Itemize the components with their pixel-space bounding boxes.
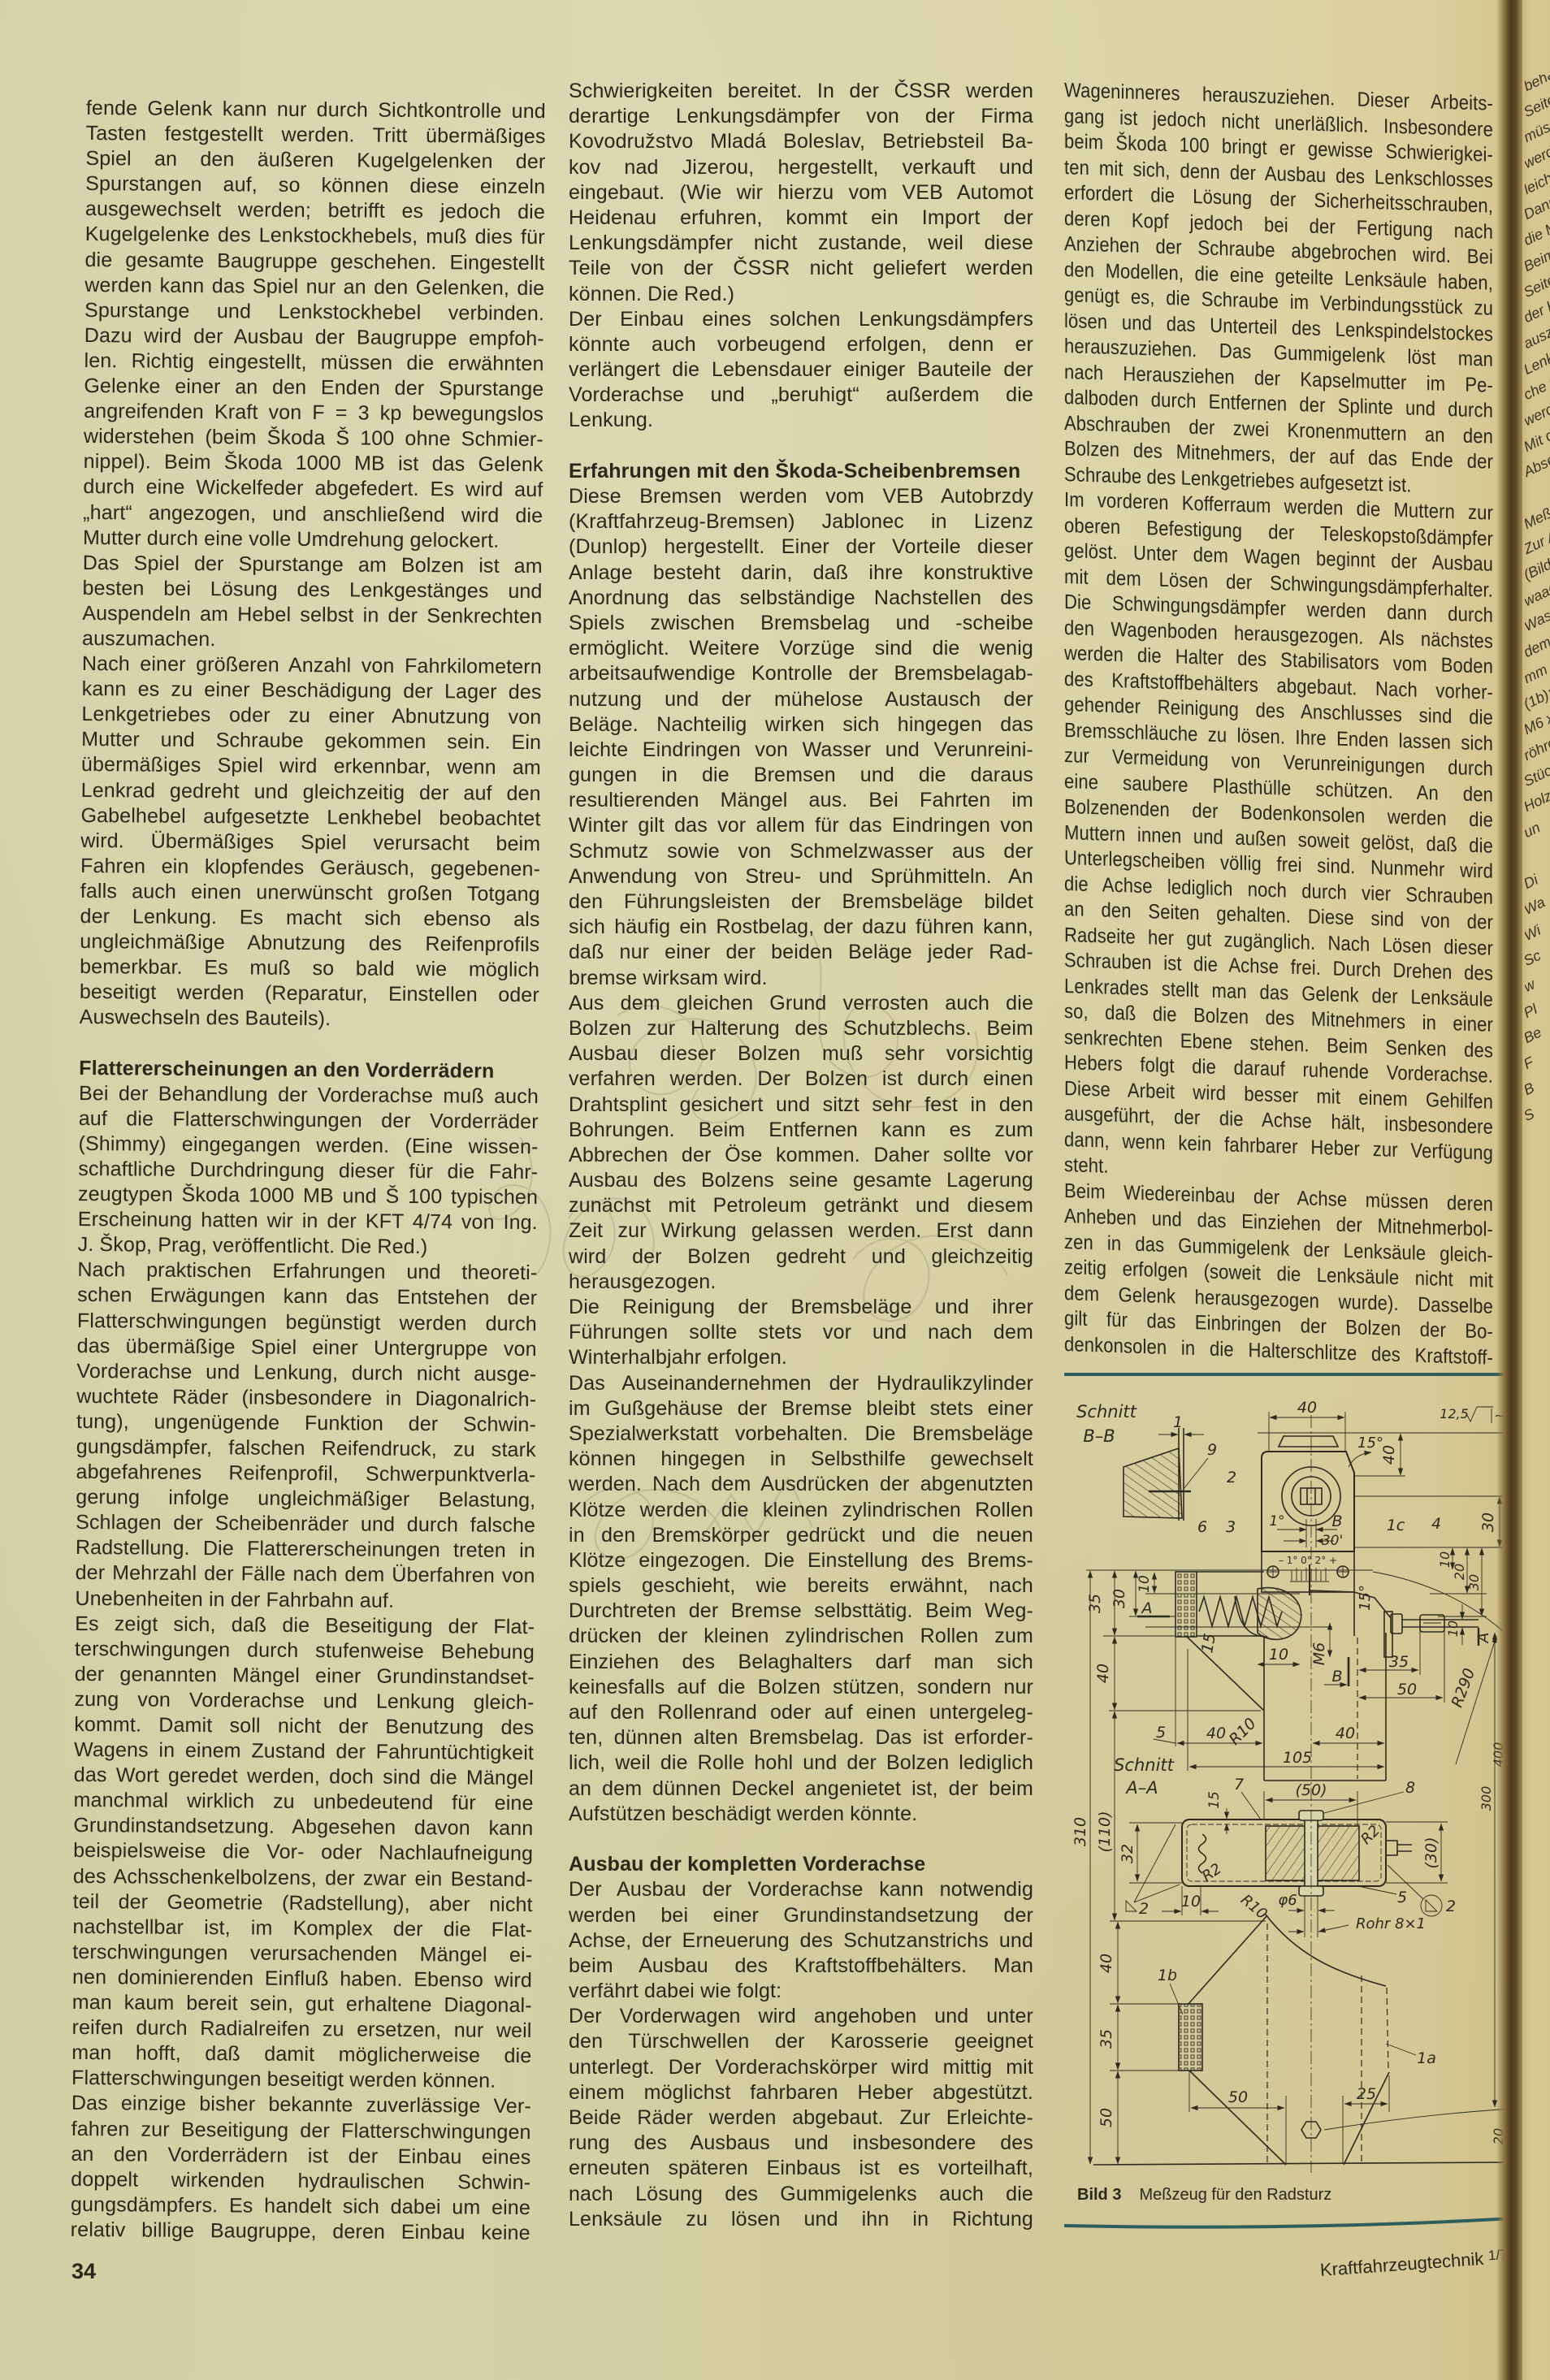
text-line: Bolzen zur Halterung des Schutzblechs. B… — [569, 1016, 1033, 1041]
text-line: sich häufig ein Rostbelag, der dazu führ… — [569, 915, 1033, 940]
figure-label: 35 — [1389, 1653, 1409, 1671]
article-column-left: fende Gelenk kann nur durch Sichtkontrol… — [71, 96, 546, 2246]
paragraph: Der Ausbau der Vorderachse kann notwendi… — [569, 1877, 1033, 2004]
text-line: an den Vorderrädern ist der Einbau eines — [71, 2142, 530, 2170]
figure-label: A–A — [1124, 1778, 1158, 1798]
text-line: „hart“ angezogen, und anschließend wird … — [83, 500, 543, 528]
text-line: Führungen sollte stets vor und nach dem — [569, 1320, 1033, 1345]
text-line: Dazu wird der Ausbau der Baugruppe empfo… — [84, 323, 544, 352]
text-line: ten, dünnen alten Bremsbelag. Das ist er… — [569, 1725, 1033, 1750]
text-line: bremse wirksam wird. — [569, 966, 1033, 991]
figure-label: (110) — [1096, 1811, 1114, 1852]
paragraph: Nach praktischen Erfahrungen und theoret… — [75, 1257, 537, 1614]
text-line: an dem dünnen Deckel angenietet ist, der… — [569, 1776, 1033, 1802]
figure-label: 9 — [1207, 1441, 1217, 1459]
text-line: falls auch einen unerwünscht großen Totg… — [80, 879, 540, 907]
text-line: tung), ungenügende Funktion der Schwin- — [76, 1409, 536, 1438]
figure-label: Schnitt — [1114, 1755, 1175, 1775]
figure-label: 5 — [1156, 1724, 1166, 1742]
text-line: Fahren ein klopfendes Geräusch, gegebene… — [80, 854, 540, 882]
text-line: gerung infolge ungleichmäßiger Belastung… — [76, 1485, 535, 1513]
figure-label: 30 — [1466, 1574, 1482, 1590]
figure-bottom-rule — [1064, 2218, 1513, 2227]
figure-label: 30 — [1479, 1512, 1497, 1532]
text-line: Der Einbau eines solchen Lenkungsdämpfer… — [569, 307, 1033, 332]
text-line: das Wort geredet werden, doch sind die M… — [74, 1763, 534, 1791]
text-line: daß nur einer der beiden Beläge jeder Ra… — [569, 940, 1033, 965]
text-line: Anwendung von Streu- und Sprühmitteln. A… — [569, 864, 1033, 889]
text-line: des Achsschenkelbolzens, der zwar ein Be… — [73, 1864, 533, 1893]
figure-label: 3 — [1226, 1518, 1236, 1536]
text-line: Unebenheiten in der Fahrbahn auf. — [75, 1586, 535, 1614]
text-line: Flatterschwingungen beseitigt werden kön… — [71, 2066, 531, 2094]
figure-scale-text: – 1° 0° 2° + — [1279, 1555, 1337, 1566]
text-line: nach Lösung des Gummigelenks auch die — [569, 2182, 1033, 2207]
figure-label: 5 — [1397, 1889, 1407, 1906]
text-line: gungen in die Bremsen und die daraus — [569, 763, 1033, 788]
text-line: angreifenden Kraft von F = 3 kp bewegung… — [84, 399, 543, 427]
figure-label: 8 — [1405, 1779, 1415, 1797]
text-line: den Türschwellen der Karosserie geeignet — [569, 2029, 1033, 2054]
left-dimensions — [1090, 1571, 1175, 2164]
text-line: erneuten späteren Einbaus ist es vorteil… — [569, 2156, 1033, 2181]
figure-label: 1° — [1269, 1513, 1284, 1530]
paragraph: Nach einer größeren Anzahl von Fahrkilom… — [80, 651, 542, 1034]
figure-label: A — [1141, 1599, 1153, 1617]
text-line: Lenkung. — [569, 408, 1033, 433]
text-line: relativ billige Baugruppe, deren Einbau … — [71, 2218, 530, 2246]
text-line: beim Ausbau des Kraftstoffbehälters. Man — [569, 1954, 1033, 1979]
figure-label: 10 — [1137, 1575, 1153, 1593]
figure-label: 15 — [1198, 1632, 1219, 1655]
text-line: Winterhalbjahr erfolgen. — [569, 1345, 1033, 1370]
text-line: Aus dem gleichen Grund verrosten auch di… — [569, 991, 1033, 1016]
figure-label: 20 — [1452, 1564, 1467, 1580]
text-line: widerstehen (beim Škoda Š 100 ohne Schmi… — [84, 424, 543, 452]
text-line: Wagens in einem Zustand der Fahruntüchti… — [74, 1737, 534, 1766]
paragraph: Wageninneres herauszuziehen. Dieser Arbe… — [1064, 78, 1493, 501]
text-line: Teile von der ČSSR nicht geliefert werde… — [569, 256, 1033, 281]
text-line: man hofft, daß damit möglicherweise die — [71, 2040, 531, 2069]
text-line: Vorderachse und Lenkung, durch nicht aus… — [76, 1359, 536, 1387]
text-line: einem möglichst fahrbaren Heber abgestüt… — [569, 2080, 1033, 2105]
text-line: Diese Bremsen werden vom VEB Autobrzdy — [569, 484, 1033, 509]
text-line: Schlagen der Scheibenräder und durch fal… — [76, 1510, 535, 1538]
text-line: Flatterschwingungen begünstigt werden du… — [77, 1308, 537, 1336]
text-line: im Gußgehäuse der Bremse bleibt stets ei… — [569, 1396, 1033, 1422]
page-number: 34 — [71, 2259, 96, 2284]
text-line: manchmal wirklich zu unbedeutend für ein… — [74, 1788, 534, 1816]
text-line: gungsdämpfer, falschen Reifendruck, zu s… — [76, 1434, 536, 1463]
text-line: herausgezogen. — [569, 1270, 1033, 1295]
text-line: Gelenke einer an den Enden der Spurstang… — [84, 374, 543, 402]
text-line: fende Gelenk kann nur durch Sichtkontrol… — [86, 96, 546, 124]
text-line: abgefahrenes Reifenprofil, Schwerpunktve… — [76, 1460, 535, 1488]
text-line: derartige Lenkungsdämpfer von der Firma — [569, 104, 1033, 129]
text-line: (Shimmy) eingegangen werden. (Eine wisse… — [78, 1132, 538, 1160]
figure-label: (30) — [1422, 1837, 1440, 1868]
text-line: Drahtsplint gesichert und sitzt sehr fes… — [569, 1093, 1033, 1118]
article-column-middle: Schwierigkeiten bereitet. In der ČSSR we… — [569, 79, 1033, 2232]
paragraph: Diese Bremsen werden vom VEB Autobrzdy(K… — [569, 484, 1033, 991]
figure-label: 50 — [1397, 1681, 1417, 1698]
figure-label: 4 — [1431, 1515, 1441, 1533]
text-line: kommt. Damit soll nicht der Benutzung de… — [74, 1712, 534, 1741]
text-line: Tasten festgestellt werden. Tritt übermä… — [86, 121, 546, 149]
text-line: unterlegt. Der Vorderachskörper wird mit… — [569, 2055, 1033, 2080]
text-line: wird. Übermäßiges Spiel verursacht beim — [80, 829, 540, 857]
figure-measuring-tool-drawing: Schnitt B–B 1 9 40 12,5 15° 40 2 1° B 30… — [1056, 1365, 1519, 2242]
text-line: rung des Ausbaus und insbesondere des — [569, 2131, 1033, 2156]
text-line: schaftliche Durchdringung dieser für die… — [78, 1157, 538, 1185]
text-line: nutzung und der mühelose Austausch der — [569, 687, 1033, 712]
blank-line — [569, 434, 1033, 459]
text-line: Anordnung das selbständige Nachstellen d… — [569, 586, 1033, 611]
article-column-right: Wageninneres herauszuziehen. Dieser Arbe… — [1064, 78, 1493, 1371]
figure-label: 10 — [1445, 1621, 1461, 1637]
text-line: doppelt wirkenden hydraulischen Schwin- — [71, 2167, 530, 2196]
text-line: arbeitsaufwendige Kontrolle der Bremsbel… — [569, 661, 1033, 686]
text-line: Der Ausbau der Vorderachse kann notwendi… — [569, 1877, 1033, 1902]
text-line: Auswechseln des Bauteils). — [80, 1005, 539, 1033]
beam-with-spring — [1086, 1570, 1391, 1639]
figure-label: 25 — [1357, 2085, 1376, 2103]
figure-label: R290 — [1448, 1666, 1479, 1710]
text-line: Einziehen des Belaghalters darf man sich — [569, 1650, 1033, 1675]
text-line: J. Škop, Prag, veröffentlicht. Die Red.) — [78, 1232, 538, 1261]
figure-label: 35 — [1086, 1594, 1104, 1613]
text-line: zung von Vorderachse und Lenkung gleich- — [74, 1687, 534, 1716]
figure-label: 40 — [1297, 1399, 1317, 1417]
text-line: ermöglicht. Weitere Vorzüge sind die wen… — [569, 636, 1033, 661]
text-line: kann es zu einer Beschädigung der Lager … — [82, 677, 542, 705]
text-line: Bohrungen. Beim Entfernen kann es zum — [569, 1118, 1033, 1143]
text-line: kov nad Jizerou, hergestellt, verkauft u… — [569, 155, 1033, 180]
paragraph: Beim Wiedereinbau der Achse müssen deren… — [1064, 1179, 1493, 1371]
text-line: fahren zur Beseitigung der Flatterschwin… — [71, 2116, 531, 2144]
text-line: Klötze werden die kleinen zylindrischen … — [569, 1498, 1033, 1523]
text-line: Der Vorderwagen wird angehoben und unter — [569, 2004, 1033, 2029]
text-line: Das Auseinandernehmen der Hydraulikzylin… — [569, 1371, 1033, 1396]
figure-label: B — [1331, 1668, 1342, 1685]
figure-label: 6 — [1197, 1518, 1207, 1536]
blank-line — [79, 1030, 539, 1058]
text-line: Winter gilt das vor allem für das Eindri… — [569, 813, 1033, 838]
text-line: Mutter und Schraube gekommen sein. Ein — [81, 727, 541, 755]
text-line: Das Spiel der Spurstange am Bolzen ist a… — [83, 551, 543, 579]
text-line: schen Erwägungen kann das Entstehen der — [77, 1283, 537, 1311]
figure-label: 1a — [1417, 2049, 1436, 2067]
figure-label: 40 — [1206, 1724, 1226, 1742]
paragraph: Die Reinigung der Bremsbeläge und ihrerF… — [569, 1295, 1033, 1371]
text-line: besten bei Lösung des Lenkgestänges und — [82, 576, 542, 604]
text-line: leichte Eindringen von Wasser und Verunr… — [569, 738, 1033, 763]
text-line: Schwierigkeiten bereitet. In der ČSSR we… — [569, 79, 1033, 104]
text-line: Das einzige bisher bekannte zuverlässige… — [71, 2091, 531, 2119]
text-line: der Lenkung. Es macht sich ebenso als — [80, 904, 539, 933]
figure-label: 105 — [1283, 1749, 1312, 1767]
text-line: Mutter durch eine volle Umdrehung gelock… — [83, 526, 543, 554]
figure-label: 35 — [1098, 2029, 1115, 2049]
paragraph: Der Einbau eines solchen Lenkungsdämpfer… — [569, 307, 1033, 434]
text-line: wuchtete Räder (insbesondere in Diagonal… — [76, 1384, 536, 1413]
figure-label: 30' — [1322, 1533, 1343, 1549]
text-line: ungleichmäßige Abnutzung des Reifenprofi… — [80, 929, 539, 958]
text-line: gungsdämpfers. Es handelt sich dabei um … — [71, 2192, 530, 2221]
text-line: terschwingungen durch stufenweise Behebu… — [75, 1637, 535, 1665]
text-line: Zeit zur Wirkung gelassen werden. Erst d… — [569, 1218, 1033, 1244]
text-line: len. Richtig eingestellt, müssen die erw… — [84, 348, 543, 377]
figure-label: 300 — [1479, 1786, 1494, 1811]
text-line: Vorderachse und „beruhigt“ außerdem die — [569, 383, 1033, 408]
text-line: drücken der kleinen zylindrischen Rollen… — [569, 1624, 1033, 1649]
text-line: Kugelgelenke des Lenkstockhebels, muß di… — [85, 222, 545, 250]
text-line: keinesfalls auf die Bolzen stützen, sond… — [569, 1675, 1033, 1700]
text-line: teil der Geometrie (Radstellung), aber n… — [73, 1889, 533, 1918]
text-line: Schmutz sowie von Schmelzwasser aus der — [569, 839, 1033, 864]
figure-label: 50 — [1228, 2088, 1248, 2106]
text-line: auf den Rollenrand oder auf einen unterg… — [569, 1700, 1033, 1725]
text-line: (Dunlop) hergestellt. Einer der Vorteile… — [569, 534, 1033, 560]
text-line: Klötze eingezogen. Die Einstellung des B… — [569, 1548, 1033, 1573]
text-line: Beläge. Nachteilig wirken sich hingegen … — [569, 712, 1033, 738]
text-line: bemerkbar. Es muß so bald wie möglich — [80, 954, 539, 983]
figure-label: 50 — [1098, 2108, 1115, 2127]
figure-label: R10 — [1226, 1715, 1260, 1749]
figure-label: 15 — [1206, 1791, 1223, 1809]
text-line: Ausbau dieser Bolzen muß sehr vorsichtig — [569, 1041, 1033, 1067]
figure-label: 10 — [1437, 1551, 1453, 1568]
text-line: Heidenau erfuhren, kommt ein Import der — [569, 206, 1033, 231]
text-line: man kaum bereit sein, gut erhaltene Diag… — [72, 1990, 532, 2019]
text-line: können. Die Red.) — [569, 282, 1033, 307]
paragraph: Bei der Behandlung der Vorderachse muß a… — [78, 1081, 539, 1261]
text-line: Kovodružstvo Mladá Boleslav, Betriebstei… — [569, 129, 1033, 154]
lower-frame — [1093, 1915, 1513, 2165]
figure-label: 2 — [1446, 1898, 1456, 1915]
text-line: übermäßiges Spiel wird erkennbar, wenn a… — [81, 752, 541, 781]
text-line: der genannten Mängel einer Grundinstands… — [75, 1662, 535, 1690]
text-line: (Kraftfahrzeug-Bremsen) Jablonec in Lize… — [569, 509, 1033, 534]
text-line: Spiel an den äußeren Kugelgelenken der — [85, 146, 545, 175]
text-line: resultierenden Mängel aus. Bei Fahrten i… — [569, 788, 1033, 813]
paragraph: Das Spiel der Spurstange am Bolzen ist a… — [82, 551, 543, 656]
text-line: Spurstangen auf, so können diese einzeln — [85, 171, 545, 200]
paragraph: Aus dem gleichen Grund verrosten auch di… — [569, 991, 1033, 1295]
figure-label: 32 — [1119, 1844, 1137, 1863]
text-line: verfahren werden. Der Bolzen ist durch e… — [569, 1067, 1033, 1092]
blank-line — [569, 1827, 1033, 1852]
figure-label: 1 — [1173, 1413, 1183, 1431]
text-line: Erscheinung hatten wir in der KFT 4/74 v… — [78, 1207, 538, 1235]
figure-label: 310 — [1072, 1817, 1089, 1846]
section-heading: Erfahrungen mit den Škoda-Scheibenbremse… — [569, 459, 1033, 484]
text-line: zeugtypen Škoda 1000 MB und Š 100 typisc… — [78, 1182, 538, 1210]
text-line: durch eine Wickelfeder abgefedert. Es wi… — [83, 474, 543, 503]
text-line: werden. Nach dem Ausdrücken der abgenutz… — [569, 1472, 1033, 1497]
figure-label: 10 — [1269, 1646, 1288, 1664]
figure-label: B–B — [1083, 1426, 1115, 1446]
text-line: Ausbau des Bolzens seine gesamte Lagerun… — [569, 1168, 1033, 1193]
figure-label: φ6 — [1278, 1892, 1297, 1909]
text-line: Achse, der Erneuerung des Schutzanstrich… — [569, 1928, 1033, 1954]
paragraph: Im vorderen Kofferraum werden die Mutter… — [1064, 487, 1493, 1192]
text-line: Aufstützen beschädigt werden könnte. — [569, 1802, 1033, 1827]
text-line: nachstellbar ist, im Komplex der die Fla… — [72, 1915, 532, 1943]
text-line: die gesamte Baugruppe geschehen. Eingest… — [84, 248, 544, 276]
text-line: spiels geschieht, wie bereits erwähnt, n… — [569, 1573, 1033, 1599]
text-line: Spezialwerkstatt vorbehalten. Die Bremsb… — [569, 1422, 1033, 1447]
section-b-b — [1124, 1428, 1208, 1521]
next-page-fragments: behältersSeiten dimüssen. Nwerden zleich… — [1525, 75, 1550, 1212]
text-line: Lenkungsdämpfer nicht zustande, weil die… — [569, 231, 1033, 256]
figure-label: 10 — [1181, 1893, 1201, 1910]
figure-label: 1c — [1387, 1517, 1405, 1534]
figure-label: Schnitt — [1076, 1402, 1137, 1422]
text-line: Es zeigt sich, daß die Beseitigung der F… — [75, 1612, 535, 1640]
text-line: könnte auch vorbeugend erfolgen, denn er — [569, 332, 1033, 357]
text-line: den Führungsleisten der Bremsbeläge bild… — [569, 889, 1033, 915]
text-line: nen dominierenden Einfluß haben. Ebenso … — [72, 1965, 532, 1993]
text-line: zunächst mit Petroleum getränkt und dies… — [569, 1193, 1033, 1218]
figure-label: 12,5 — [1440, 1406, 1469, 1422]
text-line: Spurstange und Lenkstockhebel verbinden. — [84, 298, 544, 327]
section-heading: Ausbau der kompletten Vorderachse — [569, 1852, 1033, 1877]
text-line: in den Bremskörper gedrückt und die neue… — [569, 1523, 1033, 1548]
figure-label: M6 — [1310, 1642, 1328, 1665]
figure-label: 40 — [1094, 1664, 1112, 1683]
binding-gutter-shadow — [1496, 0, 1524, 2380]
text-line: Abbrechen der Öse kommen. Daher sollte v… — [569, 1143, 1033, 1168]
text-line: reifen durch Radialreifen zu ersetzen, n… — [71, 2015, 531, 2044]
adjusting-screw — [1384, 1548, 1487, 1657]
text-line: Durchtreten der Bremse selbsttätig. Beim… — [569, 1599, 1033, 1624]
paragraph: Schwierigkeiten bereitet. In der ČSSR we… — [569, 79, 1033, 307]
figure-caption-label: Bild 3 — [1077, 2186, 1121, 2204]
text-line: Bei der Behandlung der Vorderachse muß a… — [79, 1081, 539, 1110]
text-line: Auspendeln am Hebel selbst in der Senkre… — [82, 601, 542, 630]
paragraph: Das einzige bisher bekannte zuverlässige… — [71, 2091, 531, 2246]
figure-label: 30 — [1111, 1589, 1128, 1608]
text-line: lich, weil die Rolle hohl und der Bolzen… — [569, 1750, 1033, 1776]
text-line: der Mehrzahl der Fälle nach dem Überfahr… — [76, 1560, 535, 1589]
text-line: verfährt dabei wie folgt: — [569, 1979, 1033, 2004]
text-line: Nach praktischen Erfahrungen und theoret… — [77, 1257, 537, 1286]
figure-label: 7 — [1234, 1776, 1244, 1794]
paragraph: Das Auseinandernehmen der Hydraulikzylin… — [569, 1371, 1033, 1827]
figure-caption-text: Meßzeug für den Radsturz — [1139, 2186, 1331, 2204]
text-line: werden kann das Spiel nur an den Gelenke… — [84, 273, 544, 301]
text-line: Die Reinigung der Bremsbeläge und ihrer — [569, 1295, 1033, 1320]
paragraph: fende Gelenk kann nur durch Sichtkontrol… — [83, 96, 546, 554]
text-line: eingebaut. (Wie wir hierzu vom VEB Autom… — [569, 180, 1033, 206]
figure-label: B — [1331, 1512, 1342, 1530]
text-line: nippel). Beim Škoda 1000 MB ist das Gele… — [84, 449, 543, 478]
figure-label: 1b — [1158, 1967, 1177, 1984]
figure-label: 40 — [1098, 1954, 1115, 1973]
figure-label: 2 — [1227, 1469, 1236, 1486]
figure-label: (50) — [1295, 1781, 1327, 1799]
section-heading: Flattererscheinungen an den Vorderrädern — [79, 1056, 539, 1084]
figure-label: 15° — [1357, 1585, 1374, 1611]
text-line: das übermäßige Spiel einer Untergruppe v… — [77, 1334, 537, 1362]
figure-label: A — [1474, 1633, 1492, 1645]
text-line: beseitigt werden (Reparatur, Einstellen … — [80, 980, 539, 1008]
text-line: Nach einer größeren Anzahl von Fahrkilom… — [82, 651, 542, 680]
text-line: Lenkgetriebes oder zu einer Abnutzung vo… — [81, 702, 541, 730]
level-head — [1258, 1407, 1509, 1595]
text-line: können hingegen in Selbsthilfe gewechsel… — [569, 1447, 1033, 1472]
text-line: auf die Flatterschwingungen der Vorderrä… — [79, 1106, 539, 1135]
text-line: beispielsweise die Vor- oder Nachlaufnei… — [73, 1838, 533, 1867]
text-line: auszumachen. — [82, 626, 542, 655]
text-line: wird der Bolzen gedreht und gleichzeitig — [569, 1244, 1033, 1270]
figure-label: 40 — [1336, 1724, 1355, 1742]
text-line: werden bei einer Grundinstandsetzung der — [569, 1903, 1033, 1928]
figure-label: 2 — [1139, 1900, 1149, 1918]
text-line: terschwingungen verursachenden Mängel ei… — [72, 1940, 532, 1968]
text-line: Grundinstandsetzung. Abgesehen davon kan… — [73, 1813, 533, 1841]
text-line: Spiels zwischen Bremsbelag und -scheibe — [569, 611, 1033, 636]
text-line: Anlage besteht darin, daß ihre konstrukt… — [569, 560, 1033, 586]
text-line: Radstellung. Die Flattererscheinungen tr… — [76, 1535, 535, 1564]
text-line: Lenkrad gedreht und gleichzeitig der auf… — [81, 778, 541, 807]
figure-label: 40 — [1380, 1445, 1398, 1465]
text-line: Gabelhebel aufgesetzte Lenkhebel beobach… — [80, 803, 540, 832]
paragraph: Der Vorderwagen wird angehoben und unter… — [569, 2004, 1033, 2232]
paragraph: Es zeigt sich, daß die Beseitigung der F… — [71, 1612, 535, 2095]
text-line: ausgewechselt werden; betrifft es jedoch… — [85, 197, 545, 225]
text-line: Beide Räder werden abgebaut. Zur Erleich… — [569, 2105, 1033, 2131]
text-line: verlängert die Lebensdauer einiger Baute… — [569, 357, 1033, 383]
figure-caption: Bild 3Meßzeug für den Radsturz — [1077, 2186, 1331, 2205]
text-line: Lenksäule zu lösen und ihn in Richtung — [569, 2207, 1033, 2232]
figure-label: Rohr 8×1 — [1356, 1915, 1426, 1932]
